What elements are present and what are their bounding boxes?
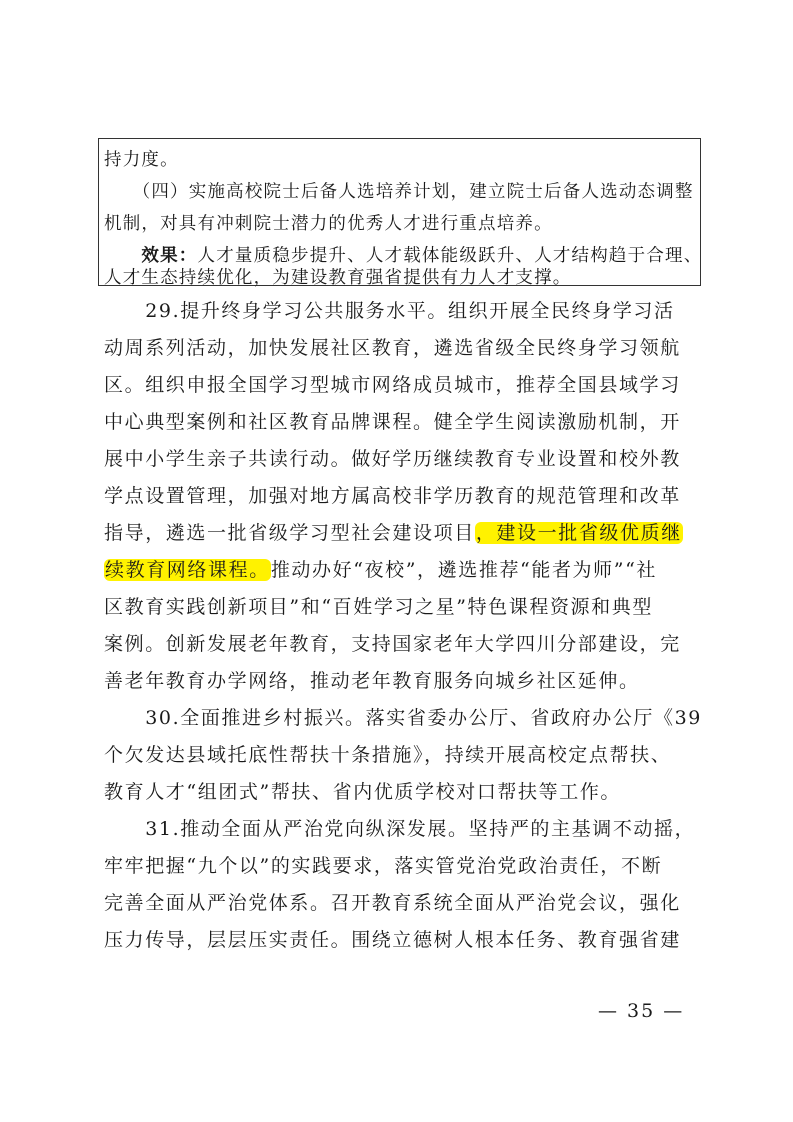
effect-label: 效果： [141, 246, 197, 266]
paragraph-29-line: 动周系列活动，加快发展社区教育，遴选省级全民终身学习领航 [104, 333, 681, 360]
paragraph-29-line: 展中小学生亲子共读行动。做好学历继续教育专业设置和校外教 [104, 444, 681, 471]
paragraph-29-line: 指导，遴选一批省级学习型社会建设项目，建设一批省级优质继 [104, 518, 683, 545]
highlighted-text: 续教育网络课程。 [104, 559, 271, 581]
paragraph-31-line: 压力传导，层层压实责任。围绕立德树人根本任务、教育强省建 [104, 925, 681, 952]
paragraph-29-line: 区。组织申报全国学习型城市网络成员城市，推荐全国县域学习 [104, 370, 681, 397]
paragraph-30-line: 30.全面推进乡村振兴。落实省委办公厅、省政府办公厅《39 [104, 703, 702, 730]
paragraph-29-line: 善老年教育办学网络，推动老年教育服务向城乡社区延伸。 [104, 666, 640, 693]
paragraph-29-line: 中心典型案例和社区教育品牌课程。健全学生阅读激励机制，开 [104, 407, 681, 434]
page-number: — 35 — [598, 1000, 684, 1022]
paragraph-29-line: 区教育实践创新项目”和“百姓学习之星”特色课程资源和典型 [104, 592, 653, 619]
box-line: （四）实施高校院士后备人选培养计划，建立院士后备人选动态调整 [104, 178, 694, 203]
paragraph-31-line: 31.推动全面从严治党向纵深发展。坚持严的主基调不动摇， [104, 814, 695, 841]
box-line: 持力度。 [104, 146, 179, 171]
paragraph-29-line: 29.提升终身学习公共服务水平。组织开展全民终身学习活 [104, 296, 675, 323]
paragraph-29-line: 学点设置管理，加强对地方属高校非学历教育的规范管理和改革 [104, 481, 681, 508]
paragraph-30-line: 教育人才“组团式”帮扶、省内优质学校对口帮扶等工作。 [104, 777, 621, 804]
paragraph-30-line: 个欠发达县域托底性帮扶十条措施》，持续开展高校定点帮扶、 [104, 740, 671, 767]
paragraph-29-line: 续教育网络课程。推动办好“夜校”，遴选推荐“能者为师”“社 [104, 555, 657, 582]
box-line: 机制，对具有冲刺院士潜力的优秀人才进行重点培养。 [104, 210, 553, 235]
paragraph-31-line: 完善全面从严治党体系。召开教育系统全面从严治党会议，强化 [104, 888, 681, 915]
paragraph-31-line: 牢牢把握“九个以”的实践要求，落实管党治党政治责任，不断 [104, 851, 662, 878]
paragraph-29-line: 案例。创新发展老年教育，支持国家老年大学四川分部建设，完 [104, 629, 681, 656]
effect-line-2: 人才生态持续优化，为建设教育强省提供有力人才支撑。 [104, 264, 572, 289]
highlighted-text: ，建设一批省级优质继 [475, 522, 683, 544]
